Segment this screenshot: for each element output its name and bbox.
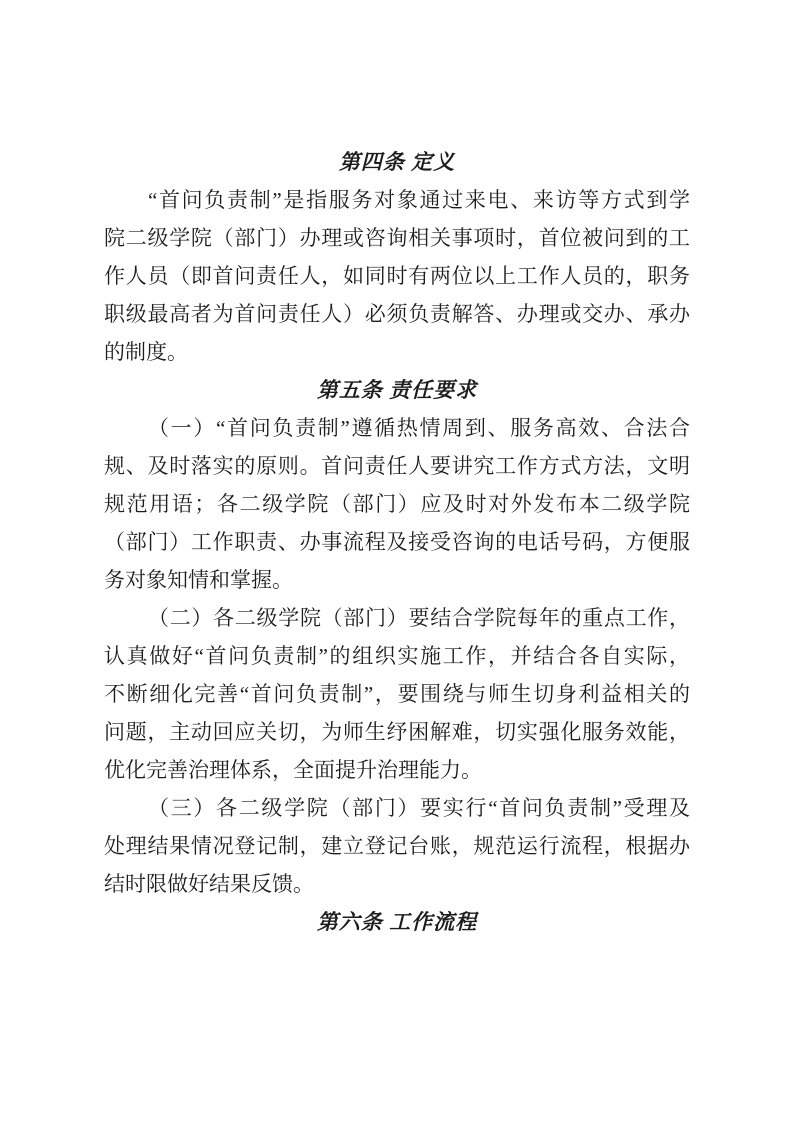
paragraph-line: （一）“首问负责制”遵循热情周到、服务高效、合法合 [104,409,690,447]
paragraph-line: 规范用语；各二级学院（部门）应及时对外发布本二级学院 [104,485,690,523]
paragraph-line: 不断细化完善“首问负责制”，要围绕与师生切身利益相关的 [104,675,690,713]
paragraph-line: 问题，主动回应关切，为师生纾困解难，切实强化服务效能， [104,713,690,751]
paragraph-line: （二）各二级学院（部门）要结合学院每年的重点工作， [104,599,690,637]
paragraph-line: （三）各二级学院（部门）要实行“首问负责制”受理及 [104,789,690,827]
paragraph-line: 结时限做好结果反馈。 [104,865,690,903]
paragraph: “首问负责制”是指服务对象通过来电、来访等方式到学院二级学院（部门）办理或咨询相… [104,181,690,371]
document-content: 第四条 定义“首问负责制”是指服务对象通过来电、来访等方式到学院二级学院（部门）… [0,0,793,941]
paragraph-line: 院二级学院（部门）办理或咨询相关事项时，首位被问到的工 [104,219,690,257]
paragraph-line: （部门）工作职责、办事流程及接受咨询的电话号码，方便服 [104,523,690,561]
paragraph-line: 的制度。 [104,333,690,371]
section-heading: 第五条 责任要求 [104,371,690,409]
section-heading: 第六条 工作流程 [104,903,690,941]
paragraph-line: “首问负责制”是指服务对象通过来电、来访等方式到学 [104,181,690,219]
paragraph-line: 务对象知情和掌握。 [104,561,690,599]
paragraph-line: 规、及时落实的原则。首问责任人要讲究工作方式方法，文明 [104,447,690,485]
paragraph-line: 优化完善治理体系，全面提升治理能力。 [104,751,690,789]
paragraph-line: 职级最高者为首问责任人）必须负责解答、办理或交办、承办 [104,295,690,333]
paragraph-line: 作人员（即首问责任人，如同时有两位以上工作人员的，职务 [104,257,690,295]
paragraph: （二）各二级学院（部门）要结合学院每年的重点工作，认真做好“首问负责制”的组织实… [104,599,690,789]
paragraph-line: 处理结果情况登记制，建立登记台账，规范运行流程，根据办 [104,827,690,865]
paragraph-line: 认真做好“首问负责制”的组织实施工作，并结合各自实际， [104,637,690,675]
paragraph: （三）各二级学院（部门）要实行“首问负责制”受理及处理结果情况登记制，建立登记台… [104,789,690,903]
section-heading: 第四条 定义 [104,143,690,181]
paragraph: （一）“首问负责制”遵循热情周到、服务高效、合法合规、及时落实的原则。首问责任人… [104,409,690,599]
document-page: 第四条 定义“首问负责制”是指服务对象通过来电、来访等方式到学院二级学院（部门）… [0,0,793,1122]
